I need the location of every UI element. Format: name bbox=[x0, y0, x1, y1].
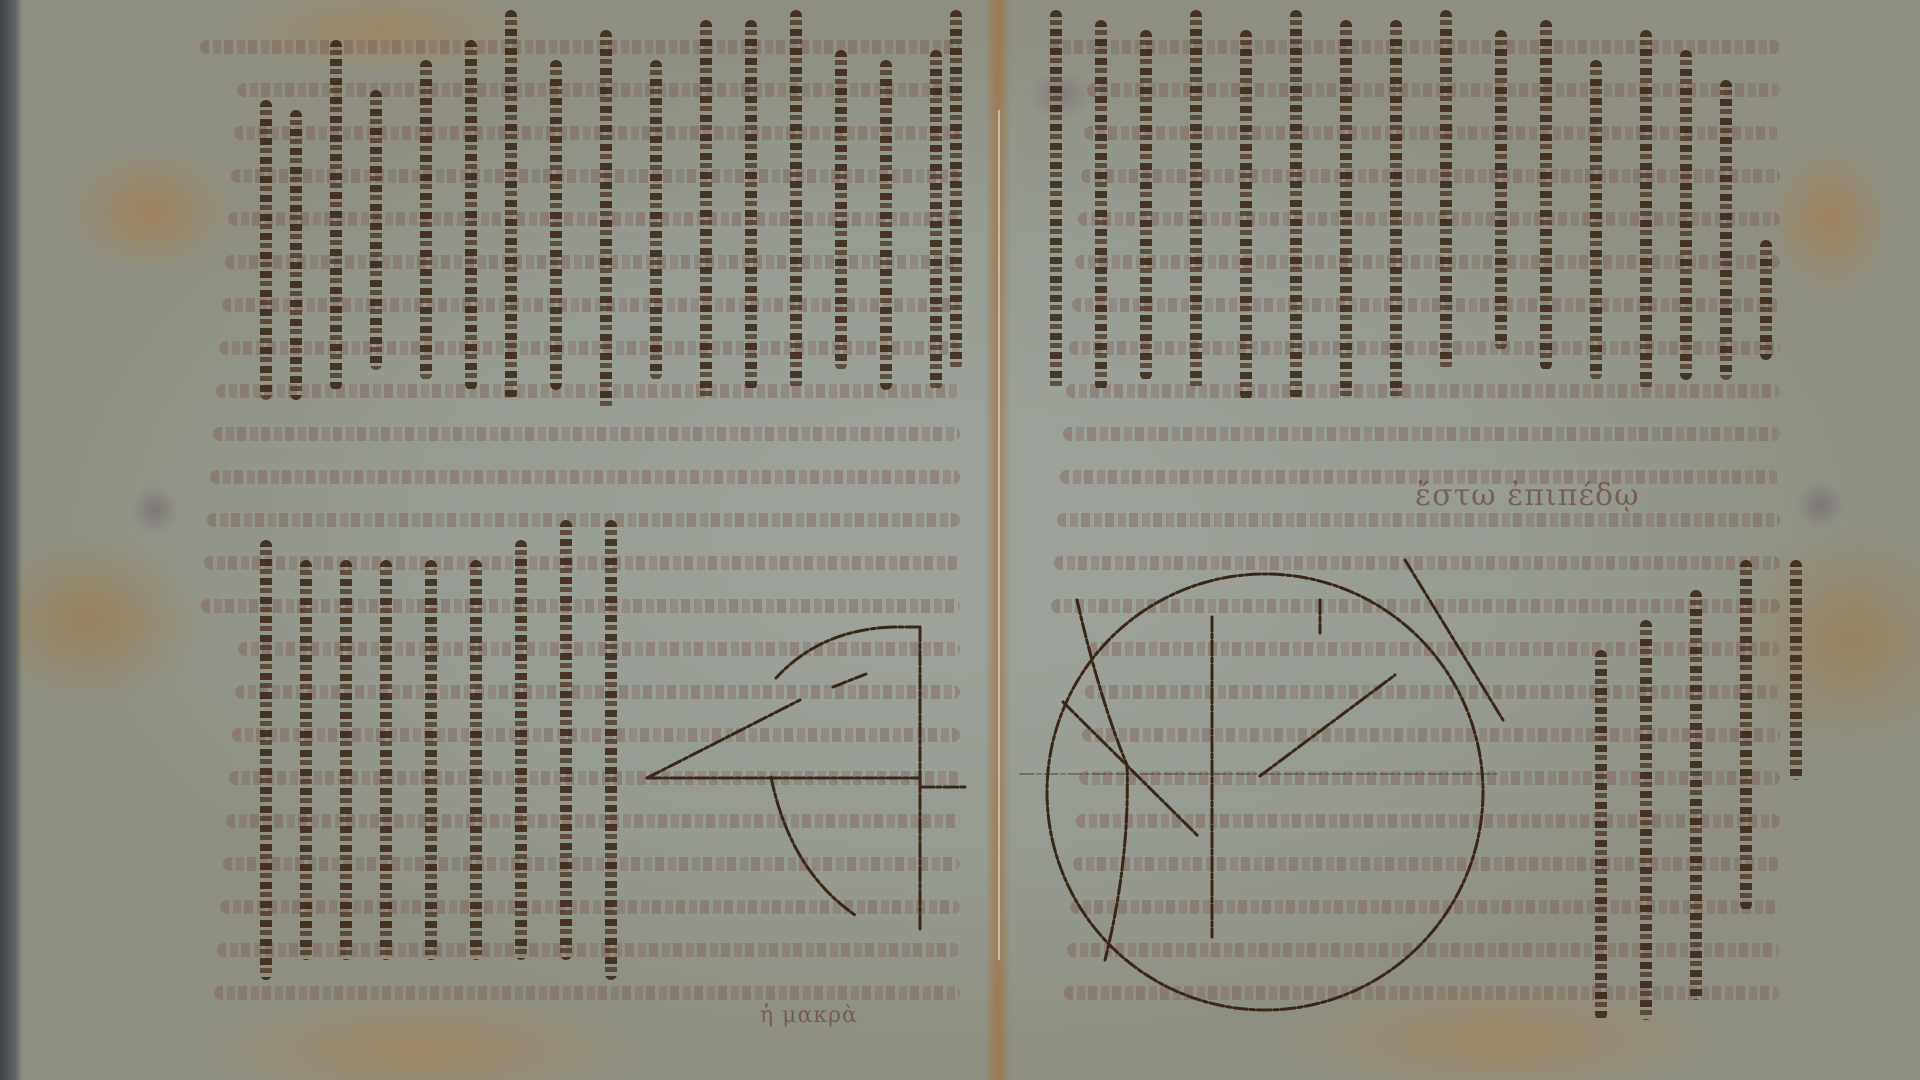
manuscript-folio: ἔστω ἐπιπέδῳ ἡ μακρὰ bbox=[0, 0, 1920, 1080]
geometric-diagrams bbox=[0, 0, 1920, 1080]
right-diagram bbox=[1020, 560, 1503, 1010]
left-diagram bbox=[647, 627, 965, 932]
